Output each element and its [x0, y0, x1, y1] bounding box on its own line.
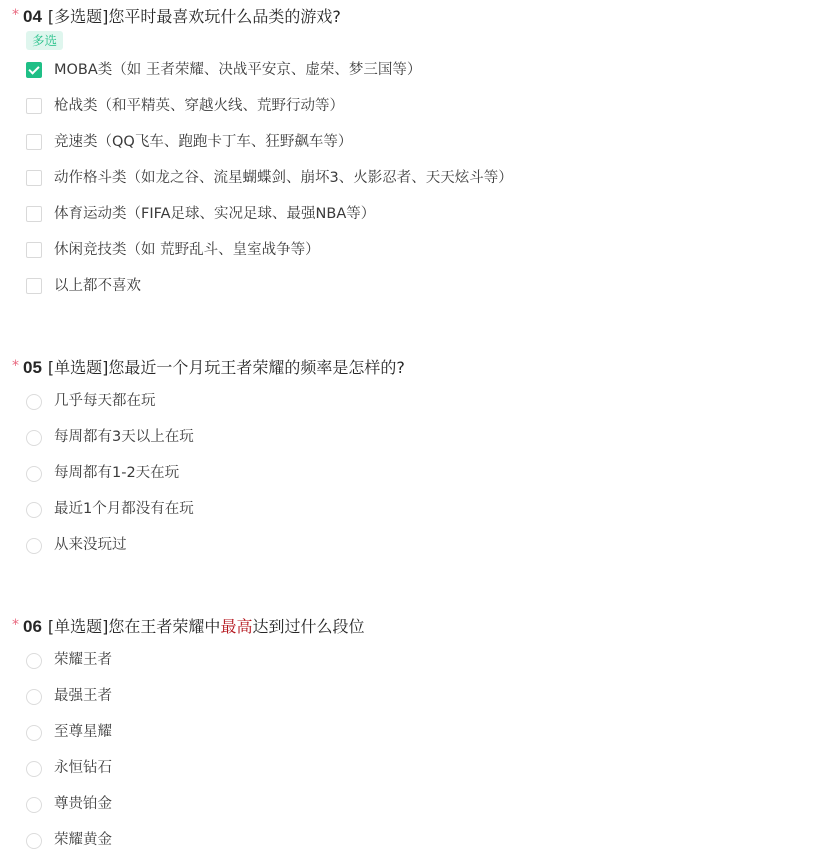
option-label: 永恒钻石: [54, 756, 112, 780]
required-star: *: [12, 358, 19, 374]
question-type: [多选题]: [48, 7, 109, 26]
question-title: *05[单选题]您最近一个月玩王者荣耀的频率是怎样的?: [12, 356, 405, 380]
option-label: 最强王者: [54, 684, 112, 708]
question-text: 您平时最喜欢玩什么品类的游戏?: [108, 7, 341, 26]
radio-icon[interactable]: [26, 725, 42, 741]
question-number: 06: [23, 617, 42, 636]
radio-icon[interactable]: [26, 653, 42, 669]
checkbox-icon[interactable]: [26, 134, 42, 150]
question-title: *04[多选题]您平时最喜欢玩什么品类的游戏?: [12, 5, 341, 29]
option-label: 以上都不喜欢: [54, 274, 141, 298]
question-title: *06[单选题]您在王者荣耀中最高达到过什么段位: [12, 615, 364, 639]
question-number: 04: [23, 7, 42, 26]
question-text-after: 达到过什么段位: [252, 617, 364, 636]
radio-icon[interactable]: [26, 689, 42, 705]
checkbox-icon[interactable]: [26, 170, 42, 186]
radio-icon[interactable]: [26, 761, 42, 777]
question-number: 05: [23, 358, 42, 377]
radio-icon[interactable]: [26, 833, 42, 849]
question-text-before: 您在王者荣耀中: [108, 617, 220, 636]
option-label: 体育运动类（FIFA足球、实况足球、最强NBA等）: [54, 202, 375, 226]
multi-select-badge: 多选: [26, 31, 63, 50]
option-label: 最近1个月都没有在玩: [54, 497, 194, 521]
required-star: *: [12, 7, 19, 23]
option-label: 至尊星耀: [54, 720, 112, 744]
radio-icon[interactable]: [26, 502, 42, 518]
checkbox-icon[interactable]: [26, 278, 42, 294]
radio-icon[interactable]: [26, 797, 42, 813]
radio-icon[interactable]: [26, 394, 42, 410]
option-label: 从来没玩过: [54, 533, 127, 557]
option-label: 枪战类（和平精英、穿越火线、荒野行动等）: [54, 94, 344, 118]
option-label: MOBA类（如 王者荣耀、决战平安京、虚荣、梦三国等）: [54, 58, 421, 82]
option-label: 荣耀黄金: [54, 828, 112, 850]
option-label: 竞速类（QQ飞车、跑跑卡丁车、狂野飙车等）: [54, 130, 352, 154]
required-star: *: [12, 617, 19, 633]
checkbox-icon[interactable]: [26, 206, 42, 222]
option-label: 荣耀王者: [54, 648, 112, 672]
question-type: [单选题]: [48, 617, 109, 636]
question-type: [单选题]: [48, 358, 109, 377]
radio-icon[interactable]: [26, 430, 42, 446]
checkbox-checked-icon[interactable]: [26, 62, 42, 78]
checkbox-icon[interactable]: [26, 242, 42, 258]
checkbox-icon[interactable]: [26, 98, 42, 114]
option-label: 休闲竞技类（如 荒野乱斗、皇室战争等）: [54, 238, 320, 262]
question-text: 您最近一个月玩王者荣耀的频率是怎样的?: [108, 358, 405, 377]
option-label: 每周都有1-2天在玩: [54, 461, 179, 485]
radio-icon[interactable]: [26, 538, 42, 554]
option-label: 动作格斗类（如龙之谷、流星蝴蝶剑、崩坏3、火影忍者、天天炫斗等）: [54, 166, 513, 190]
option-label: 尊贵铂金: [54, 792, 112, 816]
option-label: 每周都有3天以上在玩: [54, 425, 194, 449]
question-text-highlight: 最高: [220, 617, 252, 636]
option-label: 几乎每天都在玩: [54, 389, 156, 413]
radio-icon[interactable]: [26, 466, 42, 482]
